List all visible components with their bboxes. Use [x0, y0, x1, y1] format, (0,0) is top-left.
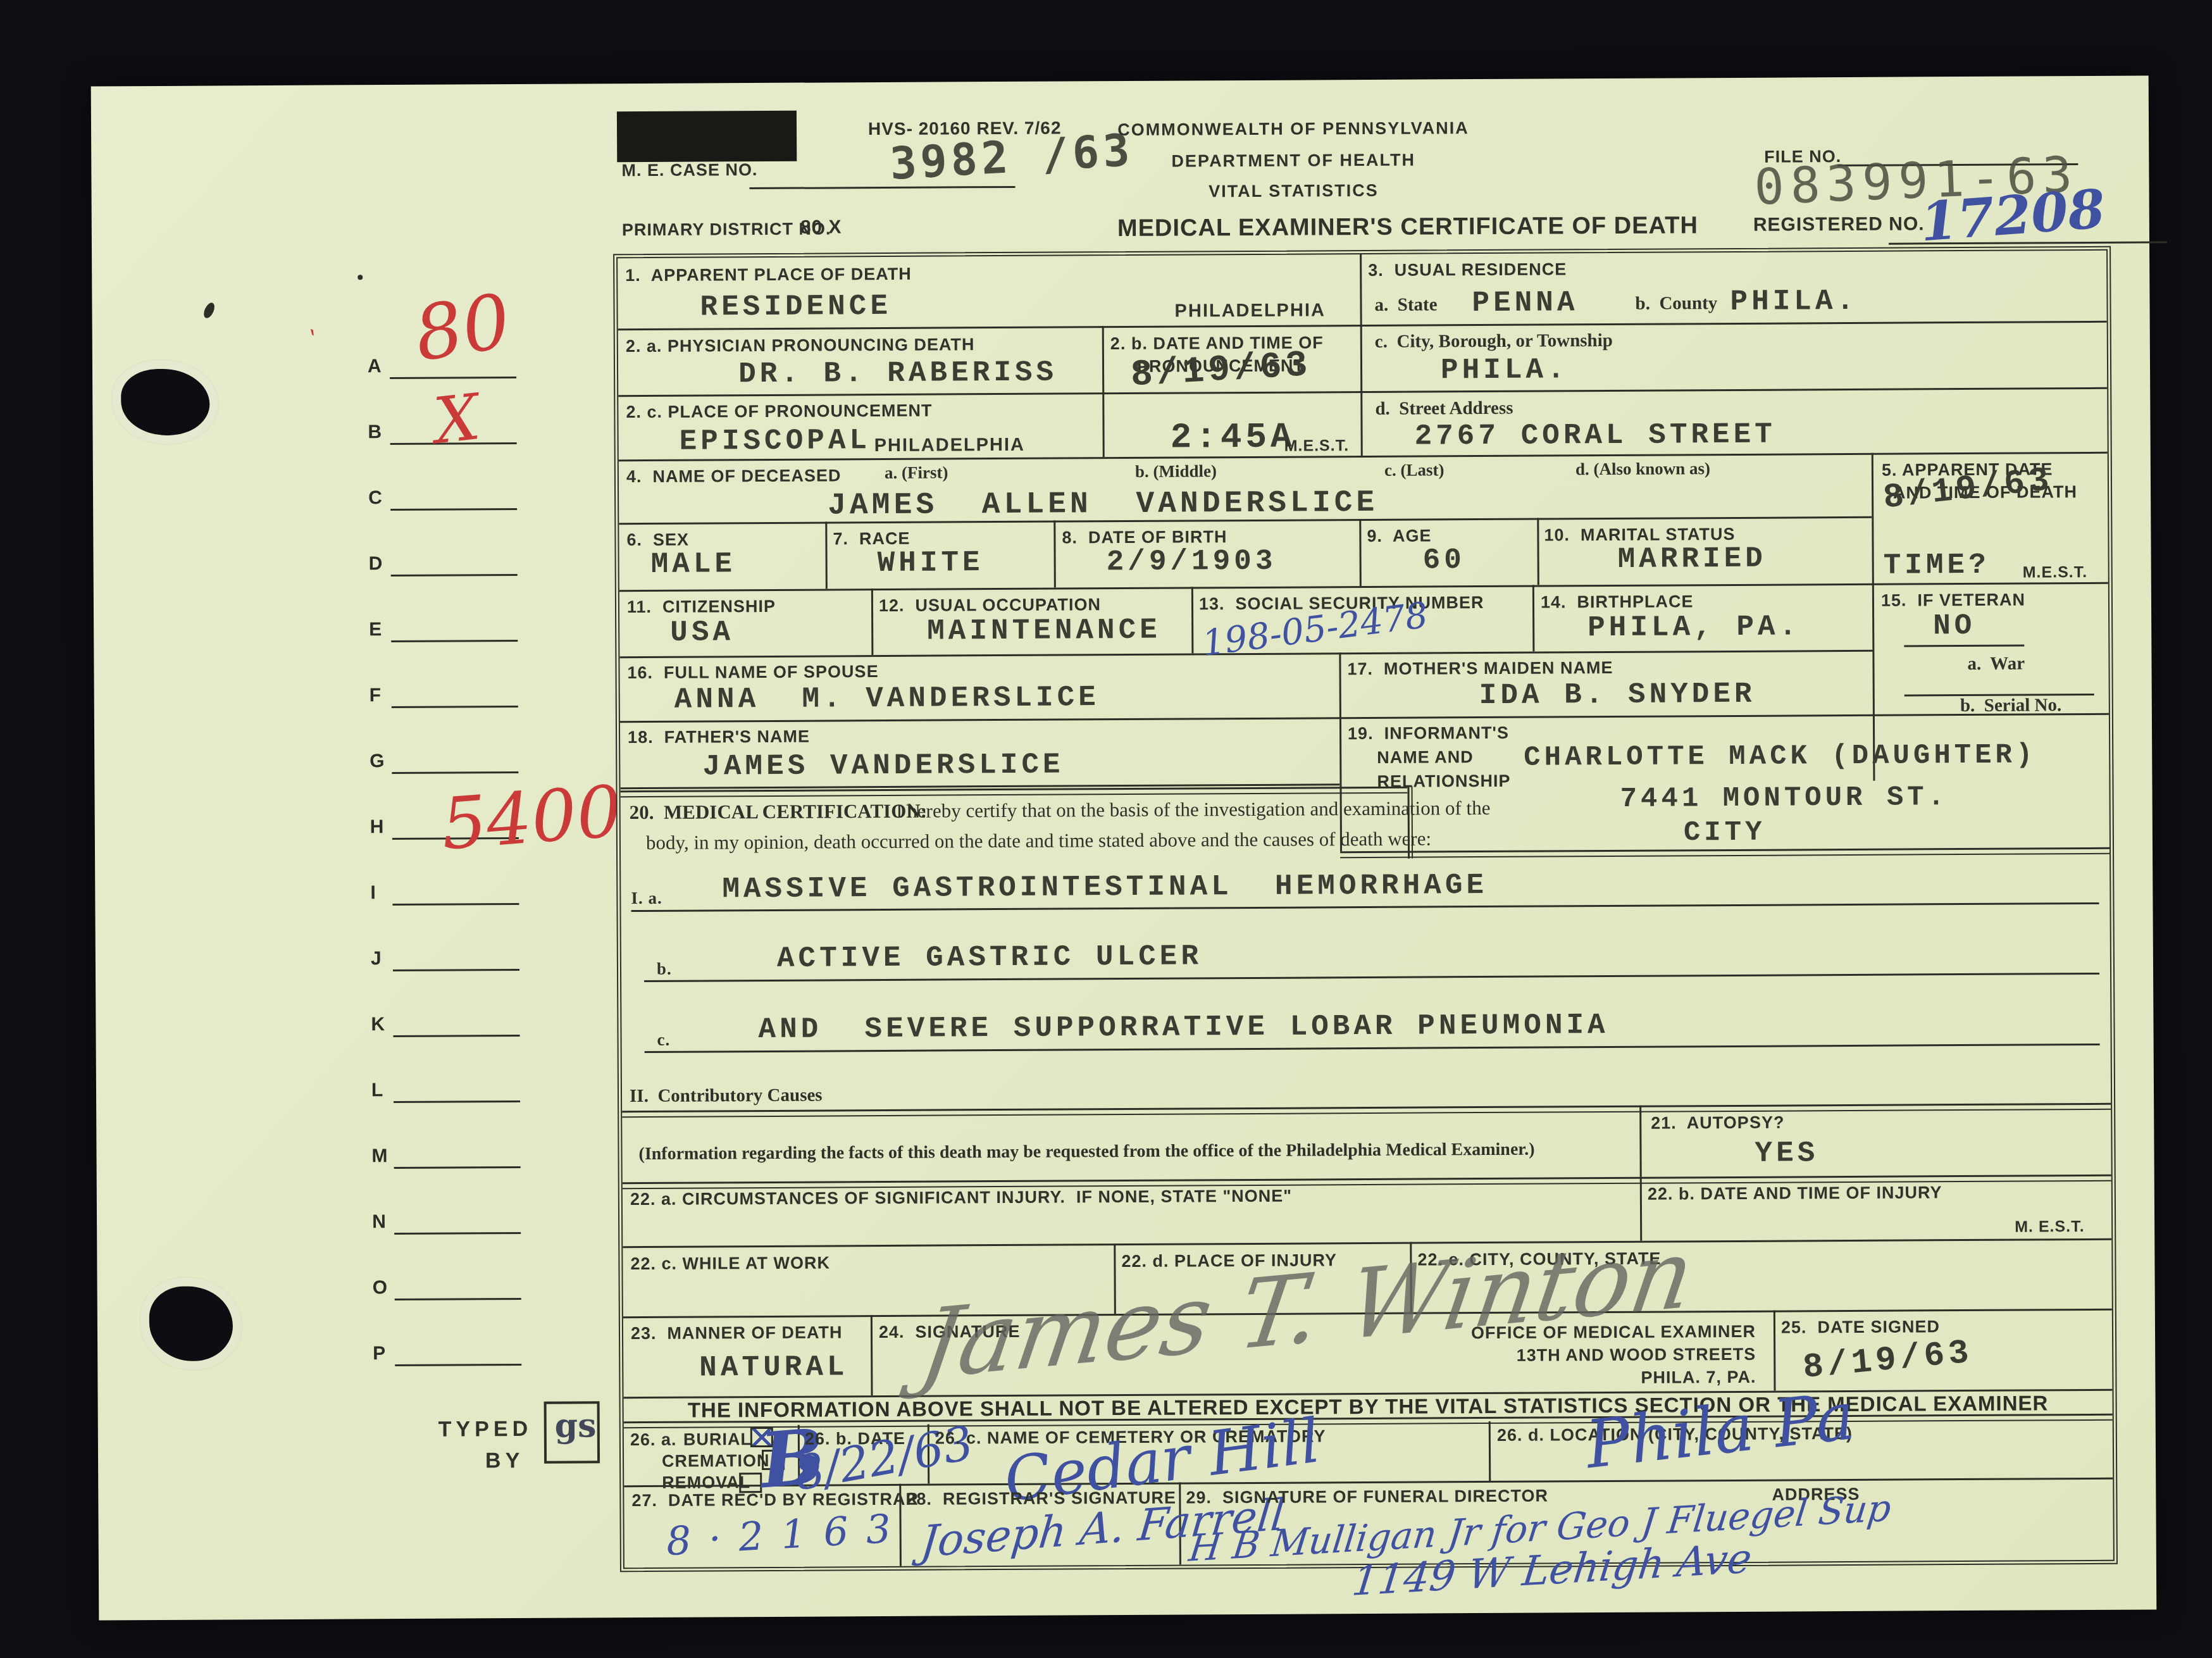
divider — [871, 1315, 873, 1395]
date-received-value: 8 · 2 1 6 3 — [665, 1505, 895, 1565]
box1-value: RESIDENCE — [700, 290, 892, 324]
red-annotation-80: 80 — [409, 277, 516, 378]
typist-initials-stamp: gs — [555, 1406, 597, 1445]
margin-letter: E — [369, 619, 382, 640]
red-tick-mark: ` — [296, 325, 320, 359]
burial-label: BURIAL — [683, 1430, 752, 1450]
box22c-label: 22. c. WHILE AT WORK — [630, 1253, 830, 1274]
divider — [1191, 587, 1194, 653]
birthplace-value: PHILA, PA. — [1588, 610, 1800, 644]
margin-line — [394, 1035, 520, 1037]
informant-street: 7441 MONTOUR ST. — [1620, 782, 1948, 815]
father-name-value: JAMES VANDERSLICE — [702, 748, 1064, 783]
divider — [1532, 585, 1535, 652]
box1-label: 1. APPARENT PLACE OF DEATH — [625, 265, 912, 285]
informant-city: CITY — [1684, 817, 1766, 849]
box22b-label: 22. b. DATE AND TIME OF INJURY — [1648, 1183, 1942, 1204]
manner-of-death-value: NATURAL — [699, 1350, 848, 1384]
divider — [1489, 1421, 1491, 1481]
scanned-death-certificate-screenshot: ` A B C D E F G H I J K L M N O P 80 X 5… — [0, 0, 2212, 1658]
margin-letter: P — [373, 1343, 385, 1364]
box18-label: 18. FATHER'S NAME — [628, 727, 810, 748]
divider — [825, 521, 828, 589]
margin-line — [392, 903, 519, 906]
divider — [1102, 326, 1105, 457]
margin-letter: C — [368, 487, 382, 509]
primary-district-value: 80 X — [800, 216, 842, 238]
margin-line — [390, 377, 516, 379]
margin-letter: N — [372, 1211, 386, 1233]
box4-middle-label: b. (Middle) — [1135, 461, 1217, 482]
margin-letter: O — [373, 1277, 388, 1299]
box29-label: 29. SIGNATURE OF FUNERAL DIRECTOR — [1186, 1487, 1548, 1508]
department-line: DEPARTMENT OF HEALTH — [1059, 150, 1527, 172]
margin-line — [390, 508, 517, 511]
certificate-title: MEDICAL EXAMINER'S CERTIFICATE OF DEATH — [1060, 212, 1756, 243]
box6-label: 6. SEX — [626, 530, 689, 551]
box11-label: 11. CITIZENSHIP — [627, 597, 776, 617]
certificate-form-grid: 1. APPARENT PLACE OF DEATH RESIDENCE PHI… — [613, 246, 2118, 1572]
box9-label: 9. AGE — [1367, 526, 1431, 546]
box21-label: 21. AUTOPSY? — [1651, 1113, 1784, 1133]
box14-label: 14. BIRTHPLACE — [1541, 592, 1694, 612]
margin-letter: A — [368, 356, 382, 377]
death-certificate-paper: ` A B C D E F G H I J K L M N O P 80 X 5… — [91, 76, 2157, 1621]
box3-state-value: PENNA — [1472, 286, 1578, 320]
cause-ia-label: I. a. — [631, 888, 662, 908]
informant-bottom-line — [1340, 847, 2109, 858]
box16-label: 16. FULL NAME OF SPOUSE — [627, 662, 878, 683]
autopsy-value: YES — [1755, 1137, 1818, 1170]
box20-line1: I hereby certify that on the basis of th… — [886, 797, 1491, 823]
box15-label: 15. IF VETERAN — [1881, 590, 2025, 611]
box20-title: 20. MEDICAL CERTIFICATION: — [630, 800, 927, 824]
box2b-timezone: M.E.S.T. — [1284, 437, 1350, 456]
box1-city: PHILADELPHIA — [1174, 300, 1325, 321]
box19-label-1: 19. INFORMANT'S — [1348, 723, 1509, 744]
sex-value: MALE — [651, 547, 736, 581]
row-line — [623, 1238, 2111, 1248]
redaction-bar — [617, 111, 797, 162]
box4-aka-label: d. (Also known as) — [1575, 459, 1710, 479]
info-note: (Information regarding the facts of this… — [638, 1140, 1534, 1164]
office-line-2: 13TH AND WOOD STREETS — [1313, 1345, 1756, 1367]
hole-punch-bottom — [149, 1286, 233, 1361]
contributory-line — [622, 1103, 2111, 1118]
office-line-1: OFFICE OF MEDICAL EXAMINER — [1313, 1322, 1756, 1344]
box2c-value: EPISCOPAL — [679, 424, 871, 458]
ink-speck — [202, 301, 217, 320]
box3-state-label: a. State — [1374, 294, 1437, 316]
divider — [1872, 453, 1875, 781]
margin-letter: J — [371, 948, 382, 969]
me-case-underline — [750, 186, 1016, 189]
removal-label: REMOVAL — [662, 1473, 750, 1493]
divider — [1053, 521, 1056, 588]
commonwealth-line: COMMONWEALTH OF PENNSYLVANIA — [1059, 118, 1527, 140]
serial-label: b. Serial No. — [1960, 695, 2061, 716]
box3-county-value: PHILA. — [1730, 285, 1858, 318]
box3-label: 3. USUAL RESIDENCE — [1368, 259, 1567, 280]
margin-line — [394, 1166, 521, 1169]
margin-letter: F — [370, 685, 382, 706]
box26a-label: 26. a. — [630, 1430, 677, 1450]
box2b-time: 2:45A — [1170, 417, 1295, 458]
box25-label: 25. DATE SIGNED — [1781, 1317, 1940, 1337]
typed-by-label-1: TYPED — [438, 1417, 533, 1442]
veteran-underline — [1904, 645, 2024, 647]
box5-timezone: M.E.S.T. — [2023, 563, 2088, 582]
cremation-label: CREMATION — [662, 1451, 770, 1471]
veteran-value: NO — [1933, 609, 1975, 642]
divider — [871, 589, 874, 655]
dob-value: 2/9/1903 — [1106, 545, 1276, 578]
margin-letter: L — [371, 1080, 383, 1101]
war-label: a. War — [1967, 654, 2025, 675]
box7-label: 7. RACE — [833, 529, 910, 549]
divider — [1774, 1311, 1776, 1391]
informant-name: CHARLOTTE MACK (DAUGHTER) — [1524, 739, 2036, 773]
cause-due-to: ACTIVE GASTRIC ULCER — [777, 940, 1202, 975]
cause-b-label: b. — [657, 959, 672, 979]
box22b-timezone: M. E.S.T. — [2015, 1218, 2085, 1237]
margin-letter: I — [370, 882, 376, 904]
box2a-value: DR. B. RABERISS — [738, 356, 1057, 391]
marital-status-value: MARRIED — [1617, 542, 1767, 576]
spouse-value: ANNA M. VANDERSLICE — [674, 681, 1100, 716]
margin-letter: G — [370, 751, 385, 772]
hole-punch-top — [121, 369, 210, 436]
race-value: WHITE — [878, 546, 984, 580]
box4-last-label: c. (Last) — [1384, 460, 1445, 480]
me-case-label: M. E. CASE NO. — [621, 160, 757, 180]
box19-label-3: RELATIONSHIP — [1377, 771, 1510, 792]
margin-line — [395, 1364, 521, 1366]
occupation-value: MAINTENANCE — [927, 614, 1161, 648]
box2c-label: 2. c. PLACE OF PRONOUNCEMENT — [626, 401, 932, 423]
box2c-city: PHILADELPHIA — [874, 435, 1025, 456]
red-annotation-5400: 5400 — [438, 770, 624, 866]
box23-label: 23. MANNER OF DEATH — [631, 1323, 843, 1343]
cause-due-to-2: AND SEVERE SUPPORRATIVE LOBAR PNEUMONIA — [758, 1009, 1608, 1046]
margin-line — [392, 771, 518, 774]
box4-label: 4. NAME OF DECEASED — [626, 466, 842, 487]
margin-line — [391, 574, 518, 577]
margin-letter: M — [371, 1145, 387, 1167]
ink-speck — [357, 275, 363, 280]
box3-county-label: b. County — [1635, 293, 1717, 315]
age-value: 60 — [1422, 544, 1465, 577]
box20-line2: body, in my opinion, death occurred on t… — [646, 827, 1431, 854]
margin-letter: D — [369, 553, 383, 575]
box3-city-label: c. City, Borough, or Township — [1375, 330, 1613, 352]
box22a-label: 22. a. CIRCUMSTANCES OF SIGNIFICANT INJU… — [630, 1187, 1292, 1209]
cause-c-label: c. — [657, 1030, 670, 1050]
mother-maiden-value: IDA B. SNYDER — [1479, 678, 1756, 712]
margin-line — [394, 1232, 521, 1235]
contributory-label: II. Contributory Causes — [630, 1085, 823, 1107]
box3-street-label: d. Street Address — [1375, 398, 1513, 420]
deceased-name: JAMES ALLEN VANDERSLICE — [828, 486, 1378, 523]
margin-letter: H — [370, 816, 384, 838]
margin-letter: K — [371, 1014, 385, 1035]
divider — [1339, 652, 1342, 851]
divider — [1359, 519, 1362, 586]
box12-label: 12. USUAL OCCUPATION — [879, 595, 1101, 616]
box19-label-2: NAME AND — [1377, 747, 1474, 768]
red-annotation-x: X — [430, 380, 483, 458]
divider — [1639, 1106, 1642, 1177]
margin-line — [394, 1100, 520, 1103]
typed-by-label-2: BY — [485, 1449, 524, 1473]
divider — [1360, 254, 1363, 456]
box17-label: 17. MOTHER'S MAIDEN NAME — [1347, 658, 1613, 679]
margin-line — [392, 706, 518, 708]
citizenship-value: USA — [670, 616, 734, 649]
box4-first-label: a. (First) — [885, 463, 948, 483]
margin-line — [395, 1298, 521, 1300]
margin-line — [391, 640, 518, 642]
box2a-label: 2. a. PHYSICIAN PRONOUNCING DEATH — [626, 335, 975, 356]
box3-city-value: PHILA. — [1441, 353, 1569, 387]
margin-letter: B — [368, 421, 382, 443]
registered-no-label: REGISTERED NO. — [1753, 213, 1925, 235]
divider — [1537, 518, 1539, 585]
cause-immediate: MASSIVE GASTROINTESTINAL HEMORRHAGE — [722, 869, 1488, 906]
box3-street-value: 2767 CORAL STREET — [1414, 418, 1776, 453]
vital-statistics-line: VITAL STATISTICS — [1059, 180, 1527, 203]
time-of-death-value: TIME? — [1884, 549, 1990, 582]
margin-line — [393, 969, 519, 971]
office-line-3: PHILA. 7, PA. — [1313, 1368, 1756, 1390]
